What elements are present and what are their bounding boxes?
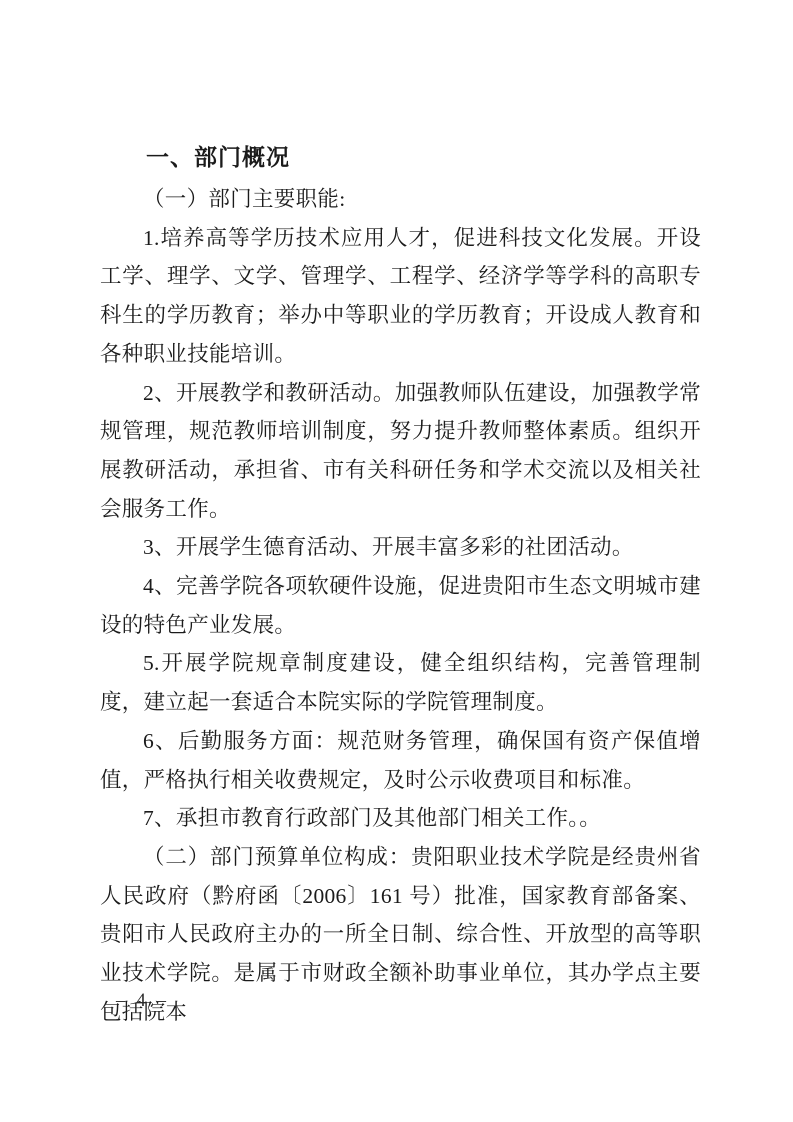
paragraph-text: 3、开展学生德育活动、开展丰富多彩的社团活动。 [143, 535, 634, 559]
paragraph: 5.开展学院规章制度建设，健全组织结构，完善管理制度，建立起一套适合本院实际的学… [100, 644, 701, 721]
paragraph: （一）部门主要职能: [100, 180, 701, 219]
paragraph: 3、开展学生德育活动、开展丰富多彩的社团活动。 [100, 528, 701, 567]
paragraph: （二）部门预算单位构成：贵阳职业技术学院是经贵州省人民政府（黔府函〔2006〕1… [100, 838, 701, 1032]
paragraph-text: 7、承担市教育行政部门及其他部门相关工作。。 [143, 806, 601, 830]
paragraph-lead: （二）部门预算单位构成： [143, 845, 411, 869]
paragraph: 4、完善学院各项软硬件设施，促进贵阳市生态文明城市建设的特色产业发展。 [100, 567, 701, 644]
paragraph-text: 6、后勤服务方面：规范财务管理，确保国有资产保值增值，严格执行相关收费规定，及时… [100, 729, 701, 792]
document-content: 一、部门概况 （一）部门主要职能: 1.培养高等学历技术应用人才，促进科技文化发… [100, 140, 701, 1031]
paragraph: 2、开展教学和教研活动。加强教师队伍建设，加强教学常规管理，规范教师培训制度，努… [100, 374, 701, 529]
document-page: 一、部门概况 （一）部门主要职能: 1.培养高等学历技术应用人才，促进科技文化发… [0, 0, 793, 1122]
paragraph-text: 1.培养高等学历技术应用人才，促进科技文化发展。开设工学、理学、文学、管理学、工… [100, 226, 701, 366]
paragraph-text: 贵阳职业技术学院是经贵州省人民政府（黔府函〔2006〕161 号）批准，国家教育… [100, 845, 701, 1024]
section-heading: 一、部门概况 [100, 140, 701, 174]
paragraph-text: 4、完善学院各项软硬件设施，促进贵阳市生态文明城市建设的特色产业发展。 [100, 574, 701, 637]
paragraph-text: 2、开展教学和教研活动。加强教师队伍建设，加强教学常规管理，规范教师培训制度，努… [100, 381, 701, 521]
paragraph: 7、承担市教育行政部门及其他部门相关工作。。 [100, 799, 701, 838]
paragraph: 6、后勤服务方面：规范财务管理，确保国有资产保值增值，严格执行相关收费规定，及时… [100, 722, 701, 799]
paragraph-lead: （一）部门主要职能: [143, 187, 345, 211]
paragraph-text: 5.开展学院规章制度建设，健全组织结构，完善管理制度，建立起一套适合本院实际的学… [100, 651, 701, 714]
page-number: – 4 – [116, 990, 169, 1012]
paragraph: 1.培养高等学历技术应用人才，促进科技文化发展。开设工学、理学、文学、管理学、工… [100, 219, 701, 374]
